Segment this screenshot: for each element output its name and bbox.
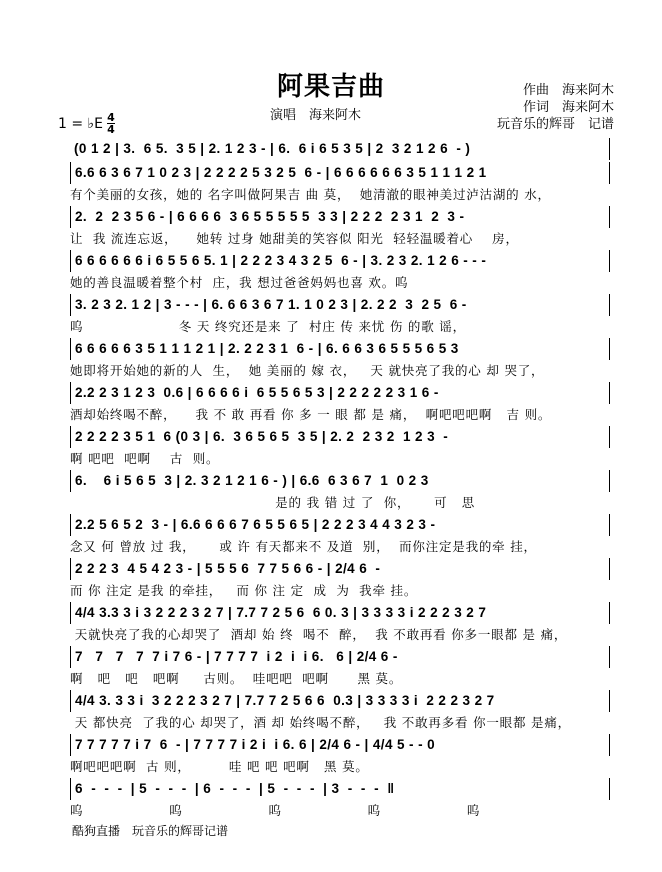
notation-line: 6 6 6 6 6 6 i 6 5 5 6 5. 1 | 2 2 2 3 4 3…	[70, 250, 610, 272]
key-label: 1 = ♭E	[58, 116, 103, 132]
lyric-line: 让 我 流连忘返， 她转 过身 她甜美的笑容似 阳光 轻轻温暖着心 房，	[70, 228, 610, 250]
lyric-line: 有个美丽的女孩，她的 名字叫做阿果吉 曲 莫， 她清澈的眼神美过泸沽湖的 水，	[70, 184, 610, 206]
lyric-line: 酒却始终喝不醉， 我 不 敢 再看 你 多 一 眼 都 是 痛， 啊吧吧吧啊 吉…	[70, 404, 610, 426]
notation-line: 6.6 6 3 6 7 1 0 2 3 | 2 2 2 2 5 3 2 5 6 …	[70, 162, 610, 184]
notation-line: 6 - - - | 5 - - - | 6 - - - | 5 - - - | …	[70, 778, 610, 800]
notation-line: 6 6 6 6 6 3 5 1 1 1 2 1 | 2. 2 2 3 1 6 -…	[70, 338, 610, 360]
lyric-line: 呜 呜 呜 呜 呜	[70, 800, 610, 822]
notation-line: 4/4 3. 3 3 i 3 2 2 2 3 2 7 | 7.7 7 2 5 6…	[70, 690, 610, 712]
singer-credit: 演唱 海来阿木	[270, 104, 361, 123]
lyric-line: 她即将开始她的新的人 生， 她 美丽的 嫁 衣， 天 就快亮了我的心 却 哭了，	[70, 360, 610, 382]
score-body: (0 1 2 | 3. 6 5. 3 5 | 2. 1 2 3 - | 6. 6…	[70, 138, 610, 822]
notation-line: 3. 2 3 2. 1 2 | 3 - - - | 6. 6 6 3 6 7 1…	[70, 294, 610, 316]
credits: 作曲 海来阿木 作词 海来阿木 玩音乐的辉哥 记谱	[497, 82, 614, 133]
notation-line: 2 2 2 2 3 5 1 6 (0 3 | 6. 3 6 5 6 5 3 5 …	[70, 426, 610, 448]
notation-line: 2.2 2 3 1 2 3 0.6 | 6 6 6 6 i 6 5 5 6 5 …	[70, 382, 610, 404]
time-signature: 4 4	[107, 112, 115, 135]
key-signature: 1 = ♭E 4 4	[58, 112, 115, 135]
lyric-line: 天就快亮了我的心却哭了 酒却 始 终 喝不 醉， 我 不敢再看 你多一眼都 是 …	[70, 624, 610, 646]
notation-line: 2 2 2 3 4 5 4 2 3 - | 5 5 5 6 7 7 5 6 6 …	[70, 558, 610, 580]
lyric-line: 是的 我 错 过 了 你， 可 思	[70, 492, 610, 514]
lyric-line: 呜 冬 天 终究还是来 了 村庄 传 来忧 伤 的歌 谣，	[70, 316, 610, 338]
lyric-line: 她的善良温暖着整个村 庄，我 想过爸爸妈妈也喜 欢。呜	[70, 272, 610, 294]
lyric-line: 啊 吧吧 吧啊 古 则。	[70, 448, 610, 470]
lyric-line: 啊 吧 吧 吧啊 古则。 哇吧吧 吧啊 黑 莫。	[70, 668, 610, 690]
notation-line: 2.2 5 6 5 2 3 - | 6.6 6 6 6 7 6 5 5 6 5 …	[70, 514, 610, 536]
notation-line: 7 7 7 7 7 i 7 6 - | 7 7 7 7 i 2 i i 6. 6…	[70, 646, 610, 668]
notation-line: 7 7 7 7 7 i 7 6 - | 7 7 7 7 i 2 i i 6. 6…	[70, 734, 610, 756]
lyric-line: 啊吧吧吧啊 古 则， 哇 吧 吧 吧啊 黑 莫。	[70, 756, 610, 778]
notation-line: 4/4 3.3 3 i 3 2 2 2 3 2 7 | 7.7 7 2 5 6 …	[70, 602, 610, 624]
lyricist-credit: 作词 海来阿木	[497, 99, 614, 116]
transcriber-credit: 玩音乐的辉哥 记谱	[497, 116, 614, 133]
notation-line: 2. 2 2 3 5 6 - | 6 6 6 6 3 6 5 5 5 5 5 3…	[70, 206, 610, 228]
lyric-line: 天 都快亮 了我的心 却哭了，酒 却 始终喝不醉， 我 不敢再多看 你一眼都 是…	[70, 712, 610, 734]
lyric-line: 而 你 注定 是我 的牵挂， 而 你 注 定 成 为 我牵 挂。	[70, 580, 610, 602]
footer-credit: 酷狗直播 玩音乐的辉哥记谱	[72, 822, 228, 839]
composer-credit: 作曲 海来阿木	[497, 82, 614, 99]
notation-line: (0 1 2 | 3. 6 5. 3 5 | 2. 1 2 3 - | 6. 6…	[70, 138, 610, 160]
lyric-line: 念又 何 曾放 过 我， 或 许 有天都来不 及道 别， 而你注定是我的牵 挂，	[70, 536, 610, 558]
notation-line: 6. 6 i 5 6 5 3 | 2. 3 2 1 2 1 6 - ) | 6.…	[70, 470, 610, 492]
